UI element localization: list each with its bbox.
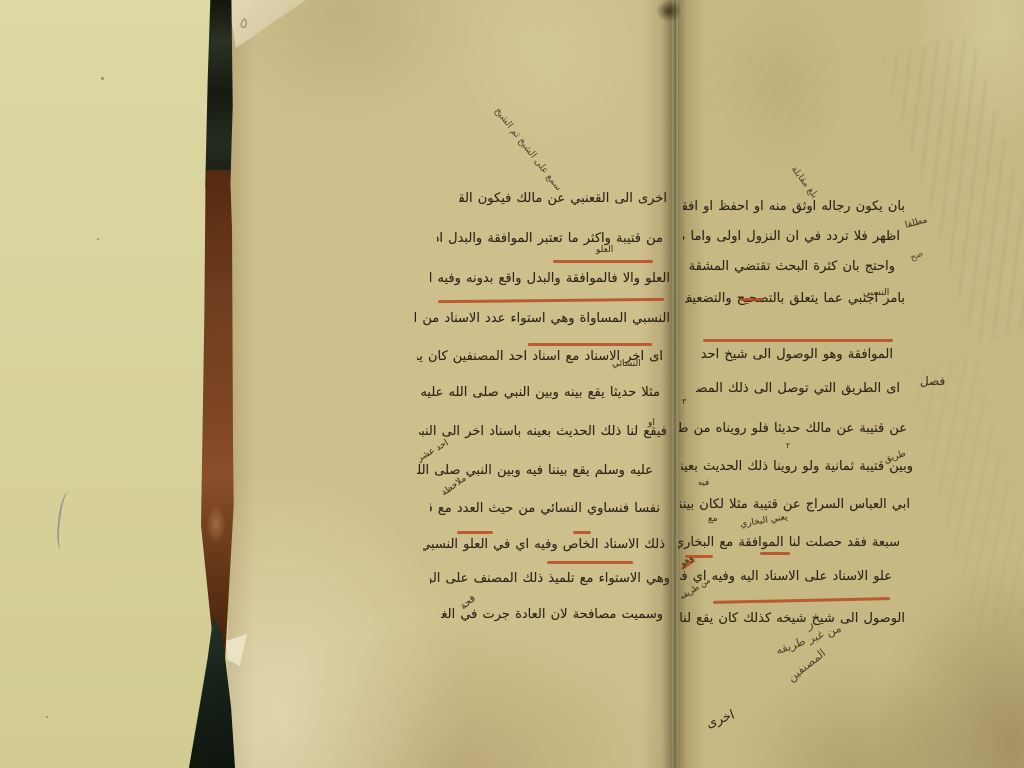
manuscript-line: النسبي المساواة وهي استواء عدد الاسناد م… (414, 306, 670, 333)
interlinear-gloss: مطلقا (904, 215, 928, 230)
right-page: بلغ مقابلة بان يكون رجاله اوثق منه او اح… (678, 0, 1024, 768)
manuscript-line: الوصول الى شيخ شيخه كذلك كان يقع لنا ذلك… (679, 606, 905, 633)
interlinear-gloss: العلو (596, 245, 613, 255)
manuscript-line: واحتج بان كثرة البحث تقتضي المشقة فيعظم … (687, 254, 895, 281)
binding-highlight (203, 498, 229, 550)
manuscript-line: اظهر فلا تردد في ان النزول اولى واما من … (683, 224, 900, 251)
manuscript-photo: ٥ سمع على الشيخ ثم الشيخ اخرى الى القعنب… (0, 0, 1024, 768)
section-marker: فصل (920, 376, 945, 386)
dust-speck (46, 716, 48, 718)
page-gutter (662, 0, 687, 768)
collation-note: سمع على الشيخ ثم الشيخ (486, 98, 564, 193)
manuscript-line: بان يكون رجاله اوثق منه او احفظ او افقه … (683, 194, 905, 221)
interlinear-gloss: فيه (698, 478, 709, 488)
manuscript-line: وسميت مصافحة لان العادة جرت في الغالب با… (441, 602, 663, 629)
manuscript-line: علو الاسناد على الاسناد اليه وفيه اي في … (680, 564, 892, 591)
dust-speck (101, 77, 104, 80)
rubrication-dash (760, 552, 790, 555)
manuscript-line: اى الطريق التي توصل الى ذلك المصنف المعي… (696, 376, 900, 403)
manuscript-line: فيقع لنا ذلك الحديث بعينه باسناد اخر الى… (419, 419, 667, 446)
ink-showthrough (908, 356, 1024, 635)
left-page: ٥ سمع على الشيخ ثم الشيخ اخرى الى القعنب… (228, 0, 672, 768)
blue-pen-mark (55, 491, 77, 550)
collation-note: بلغ مقابلة (763, 130, 820, 201)
interlinear-gloss: النسبي (863, 288, 889, 298)
rubrication-overline (528, 343, 652, 346)
page-gutter-top-shadow (656, 0, 682, 22)
catchword: اخرى (704, 707, 736, 731)
interlinear-gloss: او (648, 418, 655, 428)
manuscript-line: الموافقة وهو الوصول الى شيخ احد المصنفين… (701, 342, 893, 369)
rubrication-dash (457, 531, 493, 534)
rubrication-underline (713, 597, 890, 603)
rubrication-dash (573, 531, 591, 534)
manuscript-line: عن قتيبة عن مالك حديثا فلو رويناه من طري… (679, 416, 907, 443)
manuscript-line: من قتيبة واكثر ما تعتبر الموافقة والبدل … (437, 226, 663, 253)
rubrication-dash (740, 298, 764, 301)
manuscript-line: نفسا فنساوي النسائي من حيث العدد مع قطع … (430, 496, 660, 523)
manuscript-line: وهي الاستواء مع تلميذ ذلك المصنف على الو… (430, 566, 670, 593)
manuscript-line: ذلك الاسناد الخاص وفيه اي في العلو النسب… (423, 532, 665, 559)
interlinear-gloss: مع (708, 514, 718, 524)
manuscript-line: اخرى الى القعنبي عن مالك فيكون القعنبي ب… (459, 186, 667, 213)
rubrication-overline (553, 260, 653, 263)
correction-mark: صح (909, 249, 925, 264)
manuscript-line: العلو والا فالموافقة والبدل واقع بدونه و… (430, 266, 670, 293)
rubrication-underline (438, 298, 664, 303)
manuscript-line: مثلا حديثا يقع بينه وبين النبي صلى الله … (418, 380, 660, 407)
interlinear-gloss: النسائي (612, 359, 641, 369)
ink-showthrough (704, 42, 833, 128)
line-numeral: ٢ (786, 441, 790, 451)
rubrication-overline (547, 561, 633, 564)
rubrication-overline (703, 339, 893, 342)
manuscript-line: وبين قتيبة ثمانية ولو روينا ذلك الحديث ب… (681, 454, 913, 481)
dust-speck (97, 238, 99, 240)
binding-strip (202, 0, 234, 192)
